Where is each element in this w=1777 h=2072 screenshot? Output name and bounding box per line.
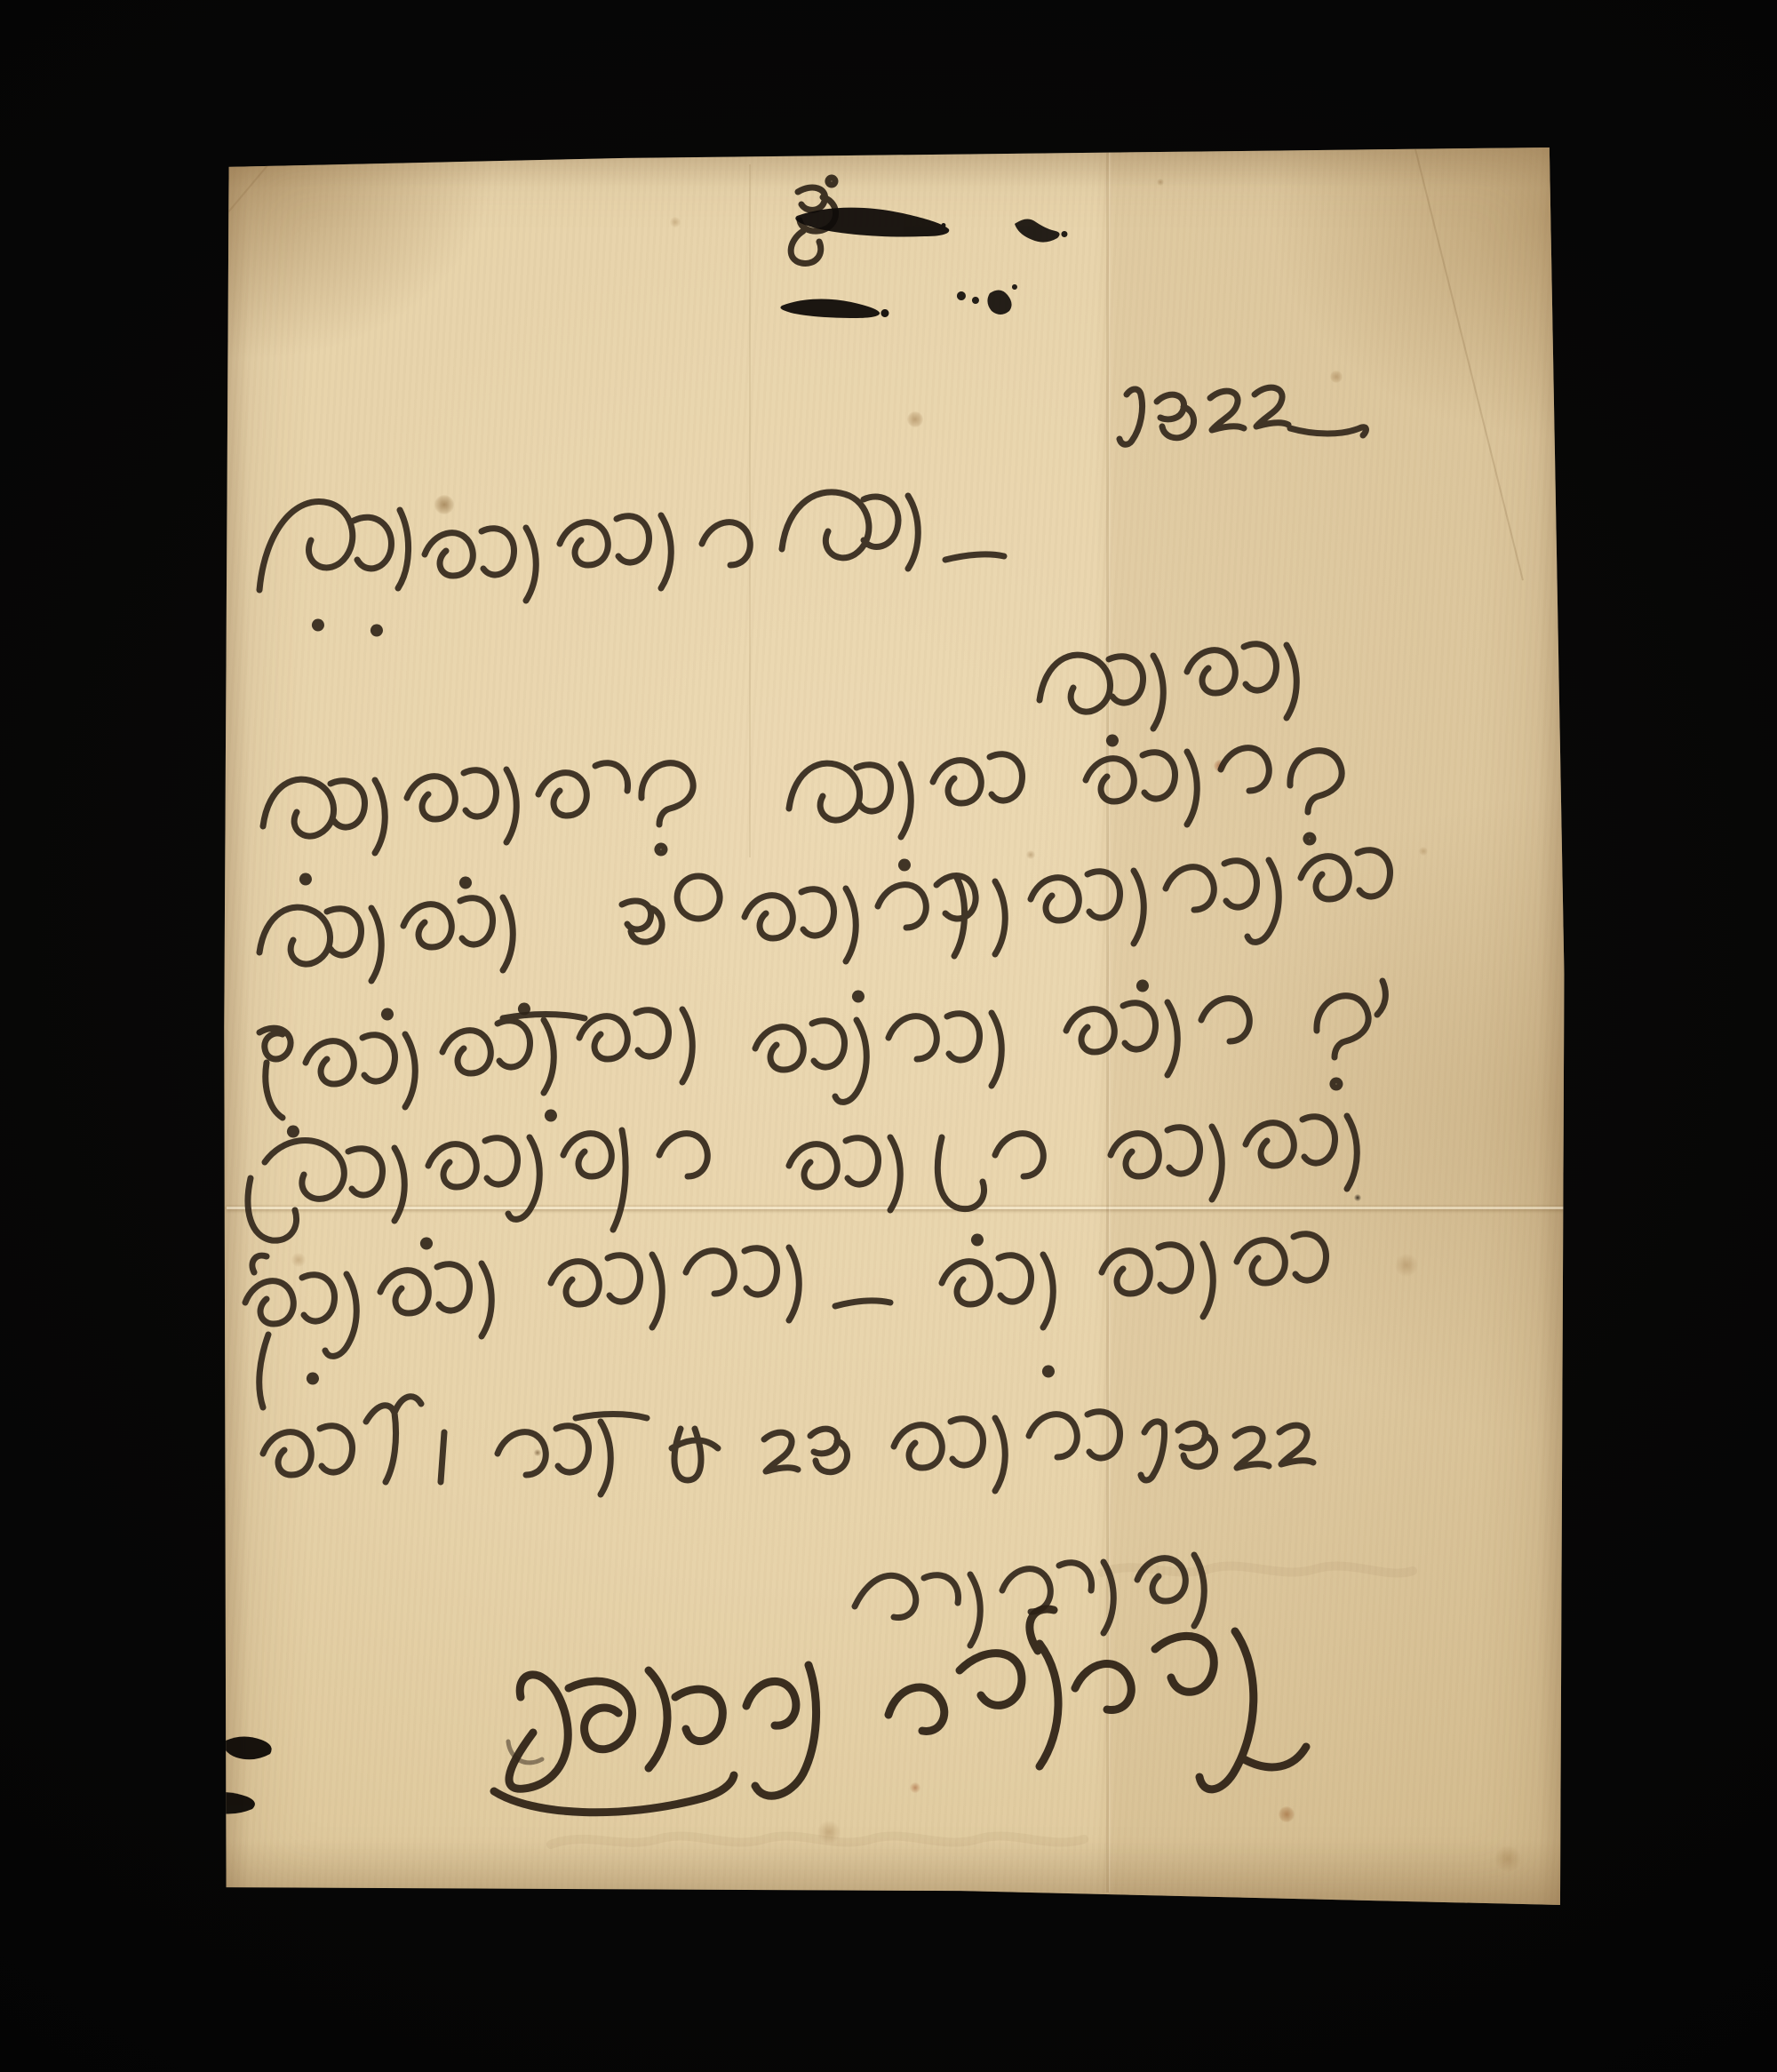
ink-blot-cluster — [957, 219, 1068, 315]
handwriting-ink — [0, 0, 1777, 2072]
ink-blot-left-edge — [195, 1736, 272, 1813]
handwriting-line-1-salutation — [259, 492, 1004, 634]
paper-content-layer — [0, 0, 1777, 2072]
letter-paper — [222, 144, 1566, 1910]
handwriting-line-6 — [248, 1116, 1357, 1247]
handwriting-line-3 — [263, 748, 1342, 886]
handwriting-line-2 — [1040, 644, 1296, 744]
handwriting-signature — [494, 1609, 1306, 1813]
ink-smudge-dash — [780, 299, 888, 318]
handwriting-line-7 — [245, 1234, 1327, 1407]
date-top-right — [1120, 387, 1366, 444]
handwriting-line-5 — [259, 996, 1368, 1135]
handwriting-line-4 — [259, 850, 1391, 1017]
handwriting-line-8-dateline — [263, 1397, 1313, 1494]
photo-stage: ওঁ ১৩২২ প্রীতিনমস্কার নিবেদন — তোমার এত … — [0, 0, 1777, 2072]
